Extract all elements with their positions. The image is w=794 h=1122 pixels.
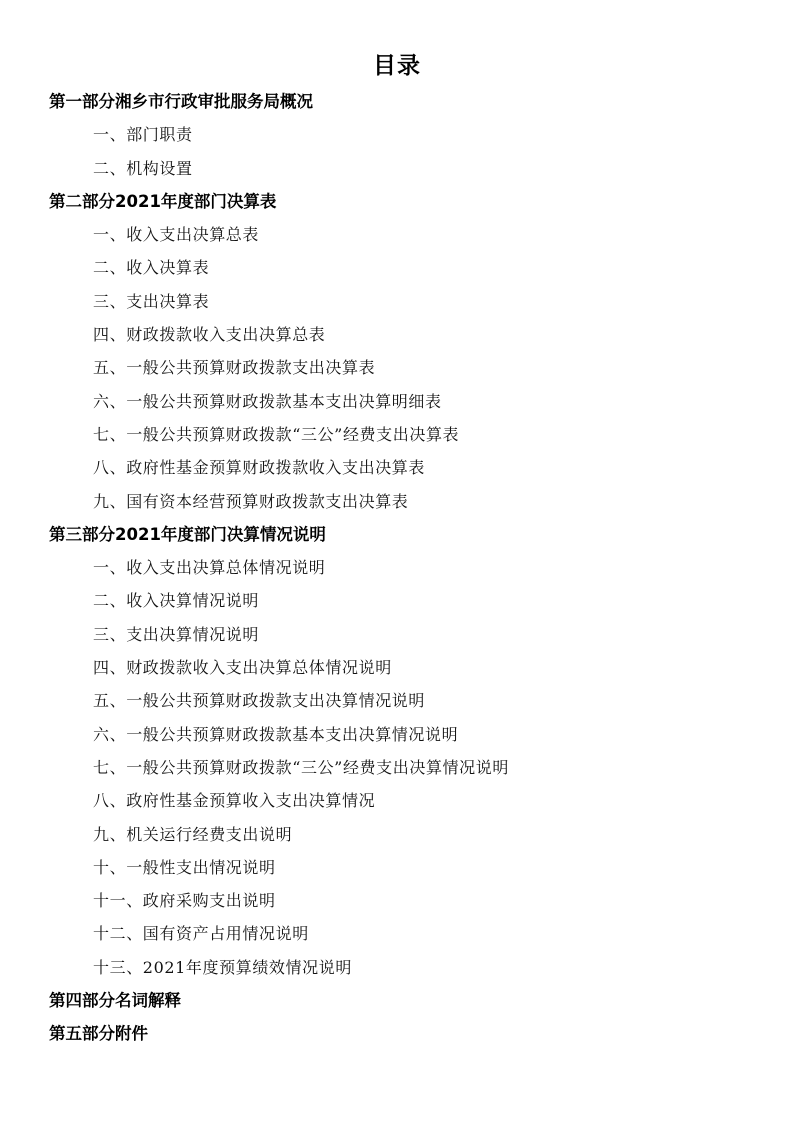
toc-entry[interactable]: 四、财政拨款收入支出决算总表 xyxy=(0,318,794,351)
toc-entry[interactable]: 八、政府性基金预算收入支出决算情况 xyxy=(0,784,794,817)
table-of-contents: 第一部分湘乡市行政审批服务局概况 一、部门职责 二、机构设置 第二部分2021年… xyxy=(0,85,794,1051)
toc-entry[interactable]: 二、收入决算情况说明 xyxy=(0,584,794,617)
page-title: 目录 xyxy=(0,50,794,82)
toc-entry[interactable]: 九、机关运行经费支出说明 xyxy=(0,818,794,851)
toc-entry[interactable]: 三、支出决算情况说明 xyxy=(0,618,794,651)
toc-part-heading[interactable]: 第五部分附件 xyxy=(0,1017,794,1050)
toc-entry[interactable]: 二、机构设置 xyxy=(0,152,794,185)
toc-entry[interactable]: 十一、政府采购支出说明 xyxy=(0,884,794,917)
toc-entry[interactable]: 六、一般公共预算财政拨款基本支出决算情况说明 xyxy=(0,718,794,751)
toc-entry[interactable]: 十二、国有资产占用情况说明 xyxy=(0,917,794,950)
toc-entry[interactable]: 一、部门职责 xyxy=(0,118,794,151)
toc-part-heading[interactable]: 第三部分2021年度部门决算情况说明 xyxy=(0,518,794,551)
toc-entry[interactable]: 十三、2021年度预算绩效情况说明 xyxy=(0,951,794,984)
toc-entry[interactable]: 五、一般公共预算财政拨款支出决算情况说明 xyxy=(0,684,794,717)
toc-entry[interactable]: 一、收入支出决算总表 xyxy=(0,218,794,251)
toc-entry[interactable]: 四、财政拨款收入支出决算总体情况说明 xyxy=(0,651,794,684)
toc-entry[interactable]: 三、支出决算表 xyxy=(0,285,794,318)
toc-part-heading[interactable]: 第四部分名词解释 xyxy=(0,984,794,1017)
toc-entry[interactable]: 七、一般公共预算财政拨款“三公”经费支出决算情况说明 xyxy=(0,751,794,784)
toc-entry[interactable]: 二、收入决算表 xyxy=(0,251,794,284)
toc-entry[interactable]: 七、一般公共预算财政拨款“三公”经费支出决算表 xyxy=(0,418,794,451)
toc-entry[interactable]: 六、一般公共预算财政拨款基本支出决算明细表 xyxy=(0,385,794,418)
toc-entry[interactable]: 五、一般公共预算财政拨款支出决算表 xyxy=(0,351,794,384)
toc-entry[interactable]: 十、一般性支出情况说明 xyxy=(0,851,794,884)
toc-part-heading[interactable]: 第二部分2021年度部门决算表 xyxy=(0,185,794,218)
toc-entry[interactable]: 八、政府性基金预算财政拨款收入支出决算表 xyxy=(0,451,794,484)
toc-entry[interactable]: 一、收入支出决算总体情况说明 xyxy=(0,551,794,584)
toc-part-heading[interactable]: 第一部分湘乡市行政审批服务局概况 xyxy=(0,85,794,118)
toc-entry[interactable]: 九、国有资本经营预算财政拨款支出决算表 xyxy=(0,485,794,518)
